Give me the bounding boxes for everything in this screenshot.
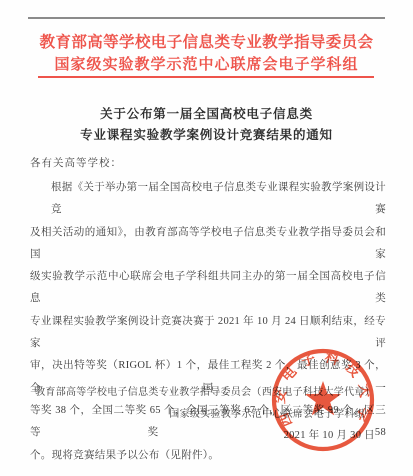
salutation: 各有关高等学校： [30, 155, 122, 170]
signature-org-2: 国家级实验教学示范中心联席会电子学科组 [169, 405, 365, 420]
title-line2: 专业课程实验教学案例设计竞赛结果的通知 [0, 125, 413, 146]
document-page: 教育部高等学校电子信息类专业教学指导委员会 国家级实验教学示范中心联席会电子学科… [0, 0, 413, 476]
letterhead-divider [38, 76, 374, 78]
title-line1: 关于公布第一届全国高校电子信息类 [0, 104, 413, 125]
document-title: 关于公布第一届全国高校电子信息类 专业课程实验教学案例设计竞赛结果的通知 [0, 104, 413, 146]
letterhead: 教育部高等学校电子信息类专业教学指导委员会 国家级实验教学示范中心联席会电子学科… [0, 31, 413, 76]
body-line: 及相关活动的通知》，由教育部高等学校电子信息类专业教学指导委员会和国家 [30, 222, 386, 267]
body-line: 根据《关于举办第一届全国高校电子信息类专业课程实验教学案例设计竞赛 [30, 177, 386, 222]
body-line: 个。现将竞赛结果予以公布（见附件）。 [30, 445, 386, 467]
letterhead-line1: 教育部高等学校电子信息类专业教学指导委员会 [0, 31, 413, 54]
body-line: 专业课程实验教学案例设计竞赛决赛于 2021 年 10 月 24 日顺利结束，经… [30, 311, 386, 356]
signature-org-1: 教育部高等学校电子信息类专业教学指导委员会（西安电子科技大学代章） [35, 383, 375, 398]
top-divider [28, 17, 385, 19]
body-line: 级实验教学示范中心联席会电子学科组共同主办的第一届全国高校电子信息类 [30, 266, 386, 311]
body-paragraph: 根据《关于举办第一届全国高校电子信息类专业课程实验教学案例设计竞赛 及相关活动的… [30, 177, 386, 467]
signature-date: 2021 年 10 月 30 日 [284, 427, 375, 442]
letterhead-line2: 国家级实验教学示范中心联席会电子学科组 [0, 54, 413, 76]
